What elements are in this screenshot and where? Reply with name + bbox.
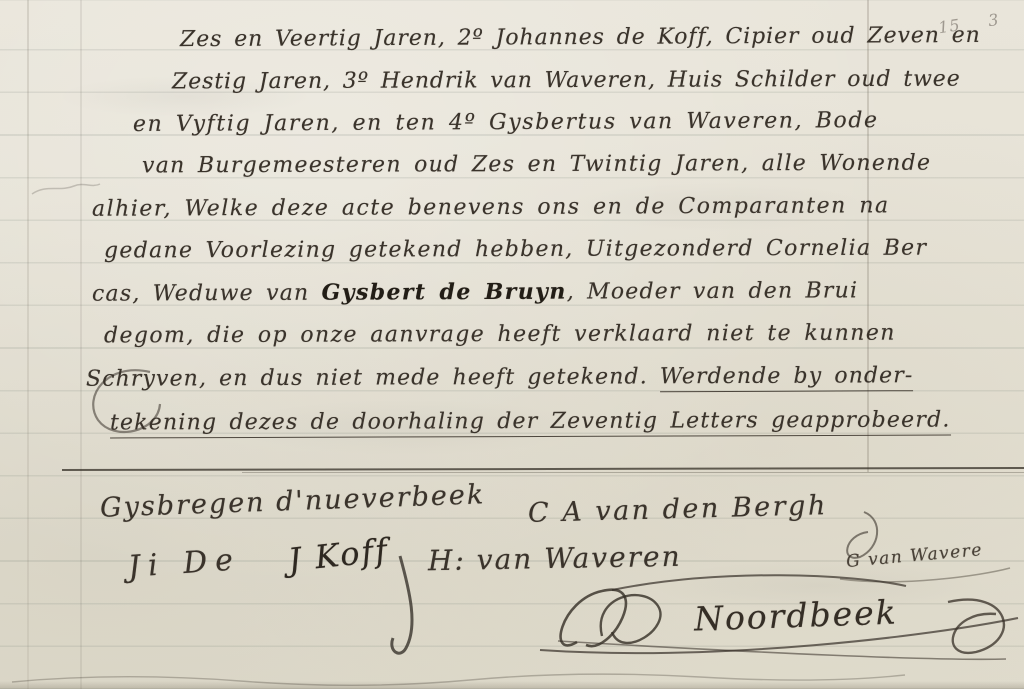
signature-row2-waveren: H: van Waveren [428,540,682,577]
act-line-3: en Vyftig Jaren, en ten 4º Gysbertus van… [133,108,879,137]
official-signature-tail-swirl [948,600,1004,653]
act-line-9: Schryven, en dus niet mede heeft geteken… [86,363,914,392]
act-line-6: gedane Voorlezing getekend hebben, Uitge… [104,236,927,264]
page-fold-crease-left [27,0,29,689]
act-line-2: Zestig Jaren, 3º Hendrik van Waveren, Hu… [172,67,961,95]
page-bottom-edge [0,681,1024,689]
separator-rule [62,468,1024,473]
act-line-10: tekening dezes de doorhaling der Zeventi… [110,408,951,439]
underlined-clause: Werdende by onder- [660,363,914,392]
signature-row2-initials: Ji De [127,542,242,585]
separator-rule-main [62,467,1024,471]
emphasized-name: Gysbert de Bruyn [322,279,567,306]
bottom-cutoff-text-strokes [12,674,905,685]
manuscript-page: 15 3 Zes en Veertig Jaren, 2º Johannes d… [0,0,1024,689]
signature-official: Noordbeek [693,592,898,638]
act-line-7-pre: cas, Weduwe van [92,281,322,307]
official-signature-loop-1 [561,590,626,646]
official-signature-topstroke [612,575,906,590]
act-line-7: cas, Weduwe van Gysbert de Bruyn, Moeder… [92,277,858,306]
act-line-9-pre: Schryven, en dus niet mede heeft geteken… [86,364,660,392]
margin-pencil-scribble [32,184,100,194]
official-signature-loop-2 [601,595,661,643]
signature-row2-koff: J Koff [286,531,390,579]
act-line-8: degom, die op onze aanvrage heeft verkla… [104,321,896,349]
official-signature-underline-2 [558,641,1006,659]
act-line-5: alhier, Welke deze acte benevens ons en … [92,193,890,221]
act-line-4: van Burgemeesteren oud Zes en Twintig Ja… [142,151,931,179]
separator-rule-shadow [242,472,1024,473]
j-descender-stroke [392,556,412,653]
act-line-7-post: , Moeder van den Brui [567,278,859,304]
signature-row1-right: C A van den Bergh [528,490,828,529]
signature-row1-left: Gysbregen d'nueverbeek [100,479,486,523]
act-line-1: Zes en Veertig Jaren, 2º Johannes de Kof… [180,23,981,52]
margin-crease [80,0,82,689]
signature-row2-right: G van Wavere [845,540,983,572]
